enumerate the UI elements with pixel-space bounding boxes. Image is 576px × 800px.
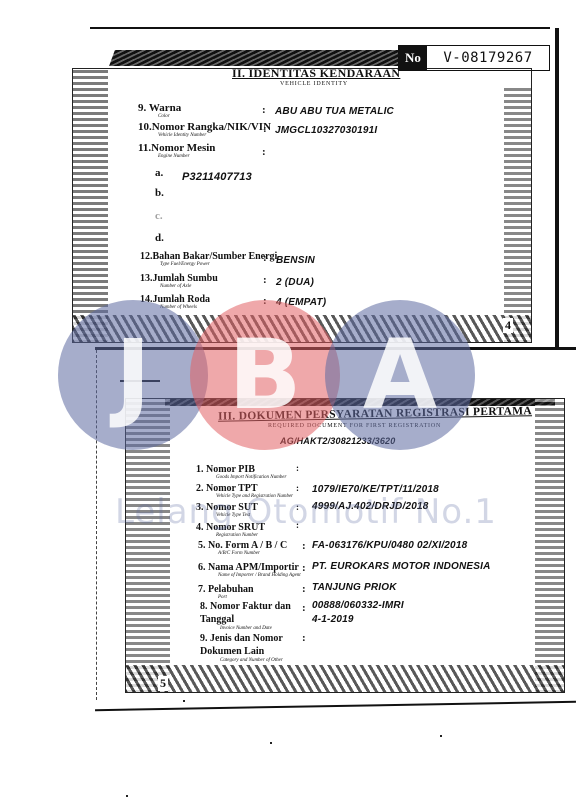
engine-sub-d-letter: d. bbox=[155, 232, 164, 244]
row-color-value: ABU ABU TUA METALIC bbox=[275, 106, 394, 117]
ornamental-border-top bbox=[109, 50, 415, 66]
engine-sub-b-letter: b. bbox=[155, 187, 164, 199]
row-axle-value: 2 (DUA) bbox=[276, 277, 314, 288]
colon: : bbox=[263, 252, 267, 264]
page-bottom-rule bbox=[95, 701, 576, 711]
colon: : bbox=[262, 146, 266, 158]
page-number-4: 4 bbox=[503, 318, 513, 333]
colon: : bbox=[296, 463, 299, 473]
row-fuel-value: BENSIN bbox=[276, 255, 315, 266]
engine-sub-a-value: P3211407713 bbox=[182, 171, 252, 183]
colon: : bbox=[263, 274, 267, 286]
scan-speck bbox=[183, 700, 185, 702]
row-vin-value: JMGCL10327030191I bbox=[275, 125, 377, 136]
colon: : bbox=[302, 562, 306, 574]
colon: : bbox=[302, 540, 306, 552]
watermark-circle-j: J bbox=[58, 300, 208, 450]
engine-sub-c-letter: c. bbox=[155, 210, 163, 222]
colon: : bbox=[302, 632, 306, 644]
row-pib-label: 1. Nomor PIB Goods Import Notification N… bbox=[196, 464, 286, 481]
watermark-tagline: Lelang Otomotif No.1 bbox=[115, 492, 497, 532]
scan-speck bbox=[270, 742, 272, 744]
row-importer-label: 6. Nama APM/Importir Name of Importer / … bbox=[198, 562, 301, 579]
scan-speck bbox=[440, 735, 442, 737]
row-port-label: 7. Pelabuhan Port bbox=[198, 584, 254, 601]
engine-sub-a-letter: a. bbox=[155, 167, 163, 179]
row-invoice-label: 8. Nomor Faktur dan Tanggal Invoice Numb… bbox=[200, 600, 300, 632]
row-axle-label: 13.Jumlah Sumbu Number of Axle bbox=[140, 273, 218, 290]
row-fuel-label: 12.Bahan Bakar/Sumber Energi Type Fuel/E… bbox=[140, 251, 277, 268]
serial-number-label: No bbox=[399, 46, 427, 70]
colon: : bbox=[263, 123, 267, 135]
row-color-label: 9. Warna Color bbox=[138, 103, 181, 120]
section-ii-subtitle: VEHICLE IDENTITY bbox=[280, 81, 348, 87]
row-form-value: FA-063176/KPU/0480 02/XI/2018 bbox=[312, 540, 467, 551]
row-invoice-date: 4-1-2019 bbox=[312, 614, 354, 625]
page-top-rule bbox=[90, 27, 550, 29]
row-invoice-value: 00888/060332-IMRI bbox=[312, 600, 404, 611]
row-form-label: 5. No. Form A / B / C A/B/C Form Number bbox=[198, 540, 287, 557]
colon: : bbox=[262, 104, 266, 116]
page-number-5: 5 bbox=[158, 676, 168, 691]
row-port-value: TANJUNG PRIOK bbox=[312, 582, 397, 593]
colon: : bbox=[302, 602, 306, 614]
serial-number-box: No V-08179267 bbox=[398, 45, 550, 71]
row-importer-value: PT. EUROKARS MOTOR INDONESIA bbox=[312, 561, 491, 572]
watermark-circle-a: A bbox=[325, 300, 475, 450]
row-engine-label: 11.Nomor Mesin Engine Number bbox=[138, 143, 215, 160]
row-vin-label: 10.Nomor Rangka/NIK/VIN Vehicle Identity… bbox=[138, 122, 271, 139]
section-ii-title: II. IDENTITAS KENDARAAN bbox=[232, 66, 400, 81]
scan-speck bbox=[126, 795, 128, 797]
colon: : bbox=[302, 583, 306, 595]
serial-number-value: V-08179267 bbox=[427, 46, 549, 70]
row-other-docs-label: 9. Jenis dan Nomor Dokumen Lain Category… bbox=[200, 632, 300, 664]
watermark-circle-b: B bbox=[190, 300, 340, 450]
